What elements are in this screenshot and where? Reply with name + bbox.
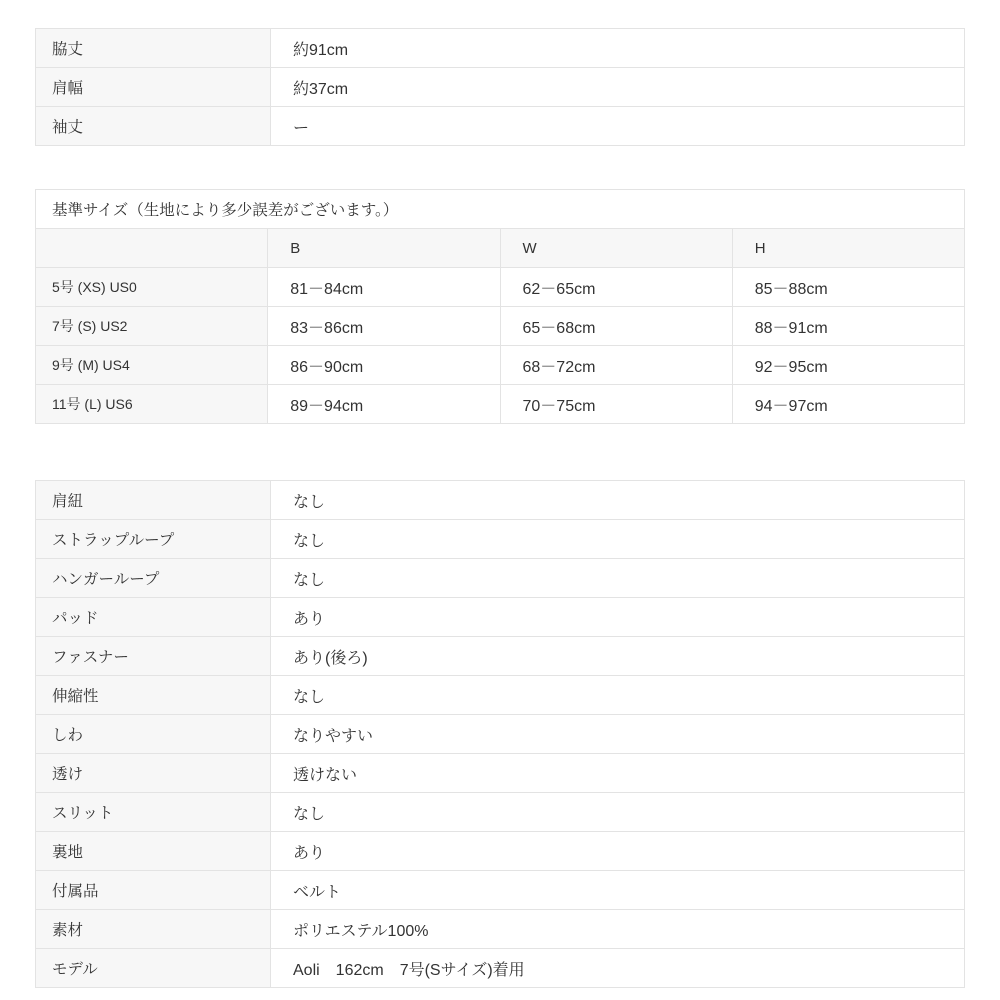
waist-range: 62－65cm bbox=[500, 268, 732, 307]
table-row: パッド あり bbox=[36, 598, 965, 637]
row-label: 付属品 bbox=[36, 871, 271, 910]
hip-range: 94－97cm bbox=[732, 385, 964, 424]
table-row: 脇丈 約91cm bbox=[36, 29, 965, 68]
hip-range: 88－91cm bbox=[732, 307, 964, 346]
table-row: モデル Aoli 162cm 7号(Sサイズ)着用 bbox=[36, 949, 965, 988]
table-row: しわ なりやすい bbox=[36, 715, 965, 754]
column-header-bust: B bbox=[268, 229, 500, 268]
row-label: 袖丈 bbox=[36, 107, 271, 146]
row-value: Aoli 162cm 7号(Sサイズ)着用 bbox=[271, 949, 965, 988]
row-value: なし bbox=[271, 520, 965, 559]
table-row: 付属品 ベルト bbox=[36, 871, 965, 910]
row-label: 裏地 bbox=[36, 832, 271, 871]
row-label: ハンガーループ bbox=[36, 559, 271, 598]
size-chart-row: 5号 (XS) US0 81－84cm 62－65cm 85－88cm bbox=[36, 268, 965, 307]
bust-range: 89－94cm bbox=[268, 385, 500, 424]
table-row: スリット なし bbox=[36, 793, 965, 832]
row-value: なし bbox=[271, 676, 965, 715]
row-value: あり bbox=[271, 598, 965, 637]
measurements-table-body: 脇丈 約91cm 肩幅 約37cm 袖丈 ー bbox=[36, 29, 965, 146]
row-label: ファスナー bbox=[36, 637, 271, 676]
table-row: ハンガーループ なし bbox=[36, 559, 965, 598]
size-label: 9号 (M) US4 bbox=[36, 346, 268, 385]
size-chart-title-row: 基準サイズ（生地により多少誤差がございます。） bbox=[36, 190, 965, 229]
size-label: 7号 (S) US2 bbox=[36, 307, 268, 346]
table-row: ストラップループ なし bbox=[36, 520, 965, 559]
row-label: 伸縮性 bbox=[36, 676, 271, 715]
row-value: あり(後ろ) bbox=[271, 637, 965, 676]
row-value: ベルト bbox=[271, 871, 965, 910]
table-row: 肩幅 約37cm bbox=[36, 68, 965, 107]
row-value: なし bbox=[271, 793, 965, 832]
table-row: 肩紐 なし bbox=[36, 481, 965, 520]
column-header-hip: H bbox=[732, 229, 964, 268]
table-row: 透け 透けない bbox=[36, 754, 965, 793]
row-value: なりやすい bbox=[271, 715, 965, 754]
size-chart-body: 5号 (XS) US0 81－84cm 62－65cm 85－88cm 7号 (… bbox=[36, 268, 965, 424]
row-value: なし bbox=[271, 559, 965, 598]
row-label: 透け bbox=[36, 754, 271, 793]
row-label: 肩幅 bbox=[36, 68, 271, 107]
size-chart-title: 基準サイズ（生地により多少誤差がございます。） bbox=[36, 190, 965, 229]
waist-range: 70－75cm bbox=[500, 385, 732, 424]
details-table: 肩紐 なし ストラップループ なし ハンガーループ なし パッド あり ファスナ… bbox=[35, 480, 965, 988]
size-chart-row: 11号 (L) US6 89－94cm 70－75cm 94－97cm bbox=[36, 385, 965, 424]
measurements-table: 脇丈 約91cm 肩幅 約37cm 袖丈 ー bbox=[35, 28, 965, 146]
row-value: 約91cm bbox=[271, 29, 965, 68]
row-value: 約37cm bbox=[271, 68, 965, 107]
row-label: モデル bbox=[36, 949, 271, 988]
row-label: パッド bbox=[36, 598, 271, 637]
size-chart-row: 9号 (M) US4 86－90cm 68－72cm 92－95cm bbox=[36, 346, 965, 385]
table-row: 裏地 あり bbox=[36, 832, 965, 871]
row-label: 肩紐 bbox=[36, 481, 271, 520]
row-label: しわ bbox=[36, 715, 271, 754]
size-chart-corner-cell bbox=[36, 229, 268, 268]
row-label: スリット bbox=[36, 793, 271, 832]
row-label: 素材 bbox=[36, 910, 271, 949]
bust-range: 81－84cm bbox=[268, 268, 500, 307]
bust-range: 86－90cm bbox=[268, 346, 500, 385]
row-value: なし bbox=[271, 481, 965, 520]
hip-range: 85－88cm bbox=[732, 268, 964, 307]
size-chart-header-row: B W H bbox=[36, 229, 965, 268]
size-label: 5号 (XS) US0 bbox=[36, 268, 268, 307]
waist-range: 68－72cm bbox=[500, 346, 732, 385]
row-value: ー bbox=[271, 107, 965, 146]
row-value: ポリエステル100% bbox=[271, 910, 965, 949]
spec-page: 脇丈 約91cm 肩幅 約37cm 袖丈 ー 基準サイズ（生地により多少誤差がご… bbox=[0, 0, 1000, 988]
row-label: 脇丈 bbox=[36, 29, 271, 68]
details-table-body: 肩紐 なし ストラップループ なし ハンガーループ なし パッド あり ファスナ… bbox=[36, 481, 965, 988]
size-chart-table: 基準サイズ（生地により多少誤差がございます。） B W H 5号 (XS) US… bbox=[35, 189, 965, 424]
waist-range: 65－68cm bbox=[500, 307, 732, 346]
table-row: 伸縮性 なし bbox=[36, 676, 965, 715]
row-value: 透けない bbox=[271, 754, 965, 793]
row-label: ストラップループ bbox=[36, 520, 271, 559]
column-header-waist: W bbox=[500, 229, 732, 268]
table-row: 袖丈 ー bbox=[36, 107, 965, 146]
table-row: ファスナー あり(後ろ) bbox=[36, 637, 965, 676]
size-chart-row: 7号 (S) US2 83－86cm 65－68cm 88－91cm bbox=[36, 307, 965, 346]
table-row: 素材 ポリエステル100% bbox=[36, 910, 965, 949]
size-label: 11号 (L) US6 bbox=[36, 385, 268, 424]
hip-range: 92－95cm bbox=[732, 346, 964, 385]
row-value: あり bbox=[271, 832, 965, 871]
bust-range: 83－86cm bbox=[268, 307, 500, 346]
